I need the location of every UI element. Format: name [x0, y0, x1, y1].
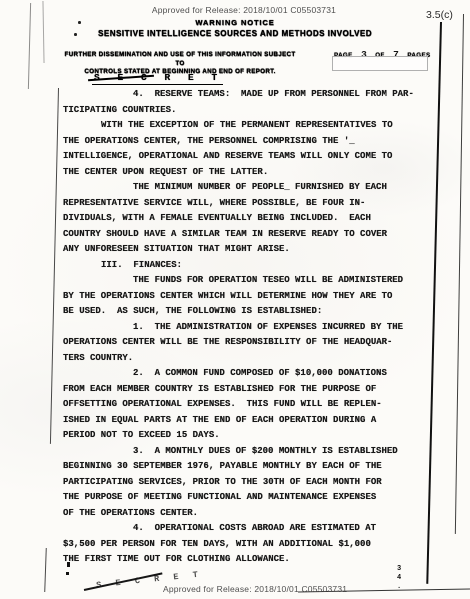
body-line: 4. RESERVE TEAMS: MADE UP FROM PERSONNEL…	[63, 87, 443, 103]
body-line: ISHED IN EQUAL PARTS AT THE END OF EACH …	[63, 413, 443, 429]
body-line: REPRESENTATIVE SERVICE WILL, WHERE POSSI…	[63, 196, 443, 212]
body-line: THE PURPOSE OF MEETING FUNCTIONAL AND MA…	[63, 490, 443, 506]
body-line: INTELLIGENCE, OPERATIONAL AND RESERVE TE…	[63, 149, 443, 165]
ink-mark-bottom-left-1	[67, 562, 70, 567]
scan-artifact-line-left-main	[50, 88, 59, 444]
body-line: THE CENTER UPON REQUEST OF THE LATTER.	[63, 165, 443, 181]
ink-dot-b	[74, 33, 77, 36]
body-line: THE OPERATIONS CENTER, THE PERSONNEL COM…	[63, 134, 443, 150]
declass-code-annotation: 3.5(c)	[426, 9, 453, 21]
body-line: OF THE OPERATIONS CENTER.	[63, 506, 443, 522]
body-line: 2. A COMMON FUND COMPOSED OF $10,000 DON…	[63, 366, 443, 382]
body-line: THE FIRST TIME OUT FOR CLOTHING ALLOWANC…	[63, 552, 443, 568]
warning-notice-subtitle: SENSITIVE INTELLIGENCE SOURCES AND METHO…	[75, 29, 395, 38]
scan-artifact-line-right-outer	[455, 14, 465, 534]
dissemination-line-1: FURTHER DISSEMINATION AND USE OF THIS IN…	[60, 51, 300, 68]
body-line: TERS COUNTRY.	[63, 351, 443, 367]
body-line: WITH THE EXCEPTION OF THE PERMANENT REPR…	[63, 118, 443, 134]
approved-for-release-stamp-bottom: Approved for Release: 2018/10/01 C055037…	[163, 584, 347, 594]
body-line: BE USED. AS SUCH, THE FOLLOWING IS ESTAB…	[63, 304, 443, 320]
margin-mark: 4	[397, 574, 401, 583]
body-line: THE MINIMUM NUMBER OF PEOPLE_ FURNISHED …	[63, 180, 443, 196]
warning-notice-title: WARNING NOTICE	[75, 18, 395, 27]
warning-notice-block: WARNING NOTICE SENSITIVE INTELLIGENCE SO…	[75, 18, 395, 38]
document-body: 4. RESERVE TEAMS: MADE UP FROM PERSONNEL…	[63, 87, 443, 568]
body-line: $3,500 PER PERSON FOR TEN DAYS, WITH AN …	[63, 537, 443, 553]
body-line: BEGINNING 30 SEPTEMBER 1976, PAYABLE MON…	[63, 459, 443, 475]
ink-dot-a	[78, 21, 81, 24]
body-line: FROM EACH MEMBER COUNTRY IS ESTABLISHED …	[63, 382, 443, 398]
body-line: III. FINANCES:	[63, 258, 443, 274]
body-line: PERIOD NOT TO EXCEED 15 DAYS.	[63, 428, 443, 444]
body-line: OFFSETTING OPERATIONAL EXPENSES. THIS FU…	[63, 397, 443, 413]
body-line: PARTICIPATING SERVICES, PRIOR TO THE 30T…	[63, 475, 443, 491]
scanned-document-page: Approved for Release: 2018/10/01 C055037…	[0, 0, 470, 599]
scan-artifact-line-left-top-a	[28, 3, 31, 89]
body-line: 3. A MONTHLY DUES OF $200 MONTHLY IS EST…	[63, 444, 443, 460]
body-line: DIVIDUALS, WITH A FEMALE EVENTUALLY BEIN…	[63, 211, 443, 227]
body-line: OPERATIONS CENTER WILL BE THE RESPONSIBI…	[63, 335, 443, 351]
scan-artifact-line-left-bottom	[44, 548, 47, 592]
margin-mark: .	[397, 583, 401, 592]
body-line: THE FUNDS FOR OPERATION TESEO WILL BE AD…	[63, 273, 443, 289]
page-count-box	[332, 56, 428, 71]
body-line: 4. OPERATIONAL COSTS ABROAD ARE ESTIMATE…	[63, 521, 443, 537]
body-line: 1. THE ADMINISTRATION OF EXPENSES INCURR…	[63, 320, 443, 336]
body-line: COUNTRY SHOULD HAVE A SIMILAR TEAM IN RE…	[63, 227, 443, 243]
body-line: ANY UNFORESEEN SITUATION THAT MIGHT ARIS…	[63, 242, 443, 258]
ink-mark-bottom-left-2	[66, 572, 69, 575]
margin-mark: 3	[397, 565, 401, 574]
margin-marks-bottom-right: 3 4 .	[397, 565, 401, 592]
approved-for-release-stamp-top: Approved for Release: 2018/10/01 C055037…	[0, 5, 470, 15]
body-line: BY THE OPERATIONS CENTER WHICH WILL DETE…	[63, 289, 443, 305]
body-line: TICIPATING COUNTRIES.	[63, 103, 443, 119]
